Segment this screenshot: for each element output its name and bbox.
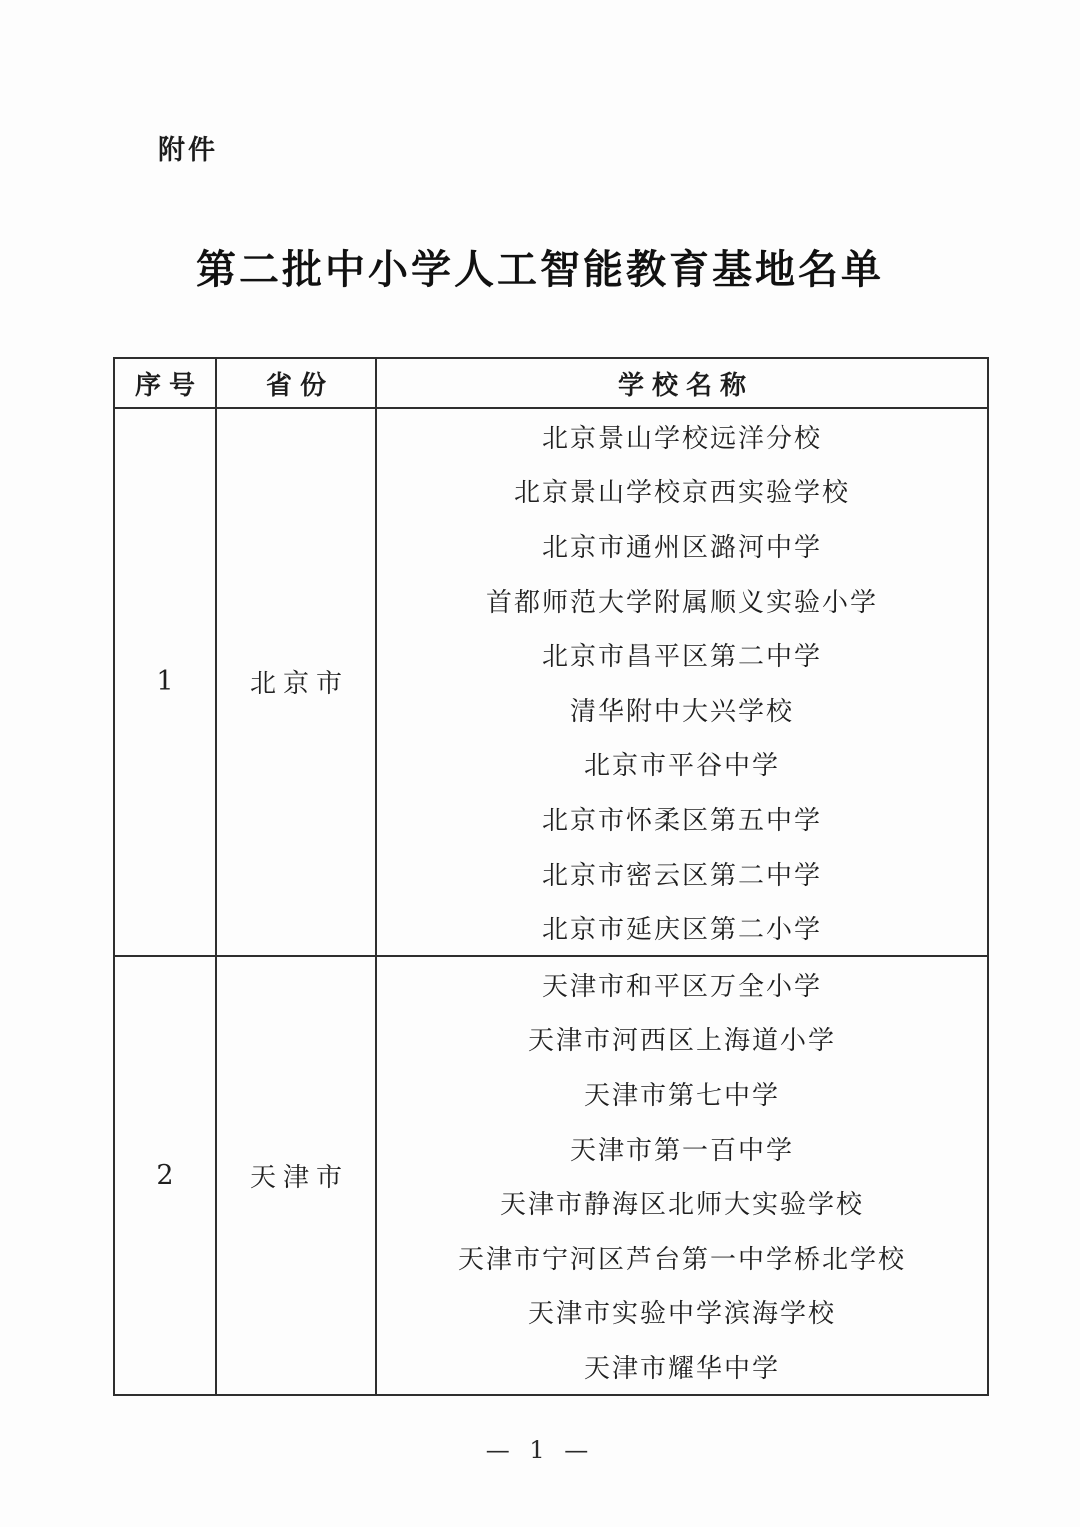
school-name: 清华附中大兴学校 <box>377 682 987 737</box>
sequence-number: 2 <box>114 956 216 1395</box>
schools-table: 序号 省份 学校名称 1北京市北京景山学校远洋分校北京景山学校京西实验学校北京市… <box>113 357 989 1396</box>
school-name: 北京景山学校远洋分校 <box>377 409 987 464</box>
sequence-number: 1 <box>114 408 216 956</box>
document-page: 附件 第二批中小学人工智能教育基地名单 序号 省份 学校名称 1北京市北京景山学… <box>0 0 1080 1527</box>
school-name: 北京市密云区第二中学 <box>377 846 987 901</box>
column-header-seq: 序号 <box>114 358 216 408</box>
column-header-school-name: 学校名称 <box>376 358 988 408</box>
page-number: — 1 — <box>0 1436 1080 1464</box>
school-name: 天津市河西区上海道小学 <box>377 1012 987 1067</box>
school-name: 天津市实验中学滨海学校 <box>377 1285 987 1340</box>
school-name: 天津市宁河区芦台第一中学桥北学校 <box>377 1230 987 1285</box>
school-name: 首都师范大学附属顺义实验小学 <box>377 573 987 628</box>
table-body: 1北京市北京景山学校远洋分校北京景山学校京西实验学校北京市通州区潞河中学首都师范… <box>114 408 988 1395</box>
schools-cell: 天津市和平区万全小学天津市河西区上海道小学天津市第七中学天津市第一百中学天津市静… <box>376 956 988 1395</box>
school-name: 天津市静海区北师大实验学校 <box>377 1175 987 1230</box>
school-name: 北京市通州区潞河中学 <box>377 518 987 573</box>
schools-cell: 北京景山学校远洋分校北京景山学校京西实验学校北京市通州区潞河中学首都师范大学附属… <box>376 408 988 956</box>
table-header-row: 序号 省份 学校名称 <box>114 358 988 408</box>
school-name: 北京市昌平区第二中学 <box>377 627 987 682</box>
school-name: 北京市怀柔区第五中学 <box>377 791 987 846</box>
column-header-province: 省份 <box>216 358 376 408</box>
school-name: 天津市第七中学 <box>377 1066 987 1121</box>
school-name: 天津市耀华中学 <box>377 1339 987 1394</box>
table-header: 序号 省份 学校名称 <box>114 358 988 408</box>
school-name: 天津市第一百中学 <box>377 1121 987 1176</box>
province-name: 北京市 <box>216 408 376 956</box>
page-title: 第二批中小学人工智能教育基地名单 <box>0 238 1080 295</box>
province-name: 天津市 <box>216 956 376 1395</box>
table-row: 2天津市天津市和平区万全小学天津市河西区上海道小学天津市第七中学天津市第一百中学… <box>114 956 988 1395</box>
attachment-label: 附件 <box>158 128 218 167</box>
school-name: 北京市延庆区第二小学 <box>377 900 987 955</box>
table-row: 1北京市北京景山学校远洋分校北京景山学校京西实验学校北京市通州区潞河中学首都师范… <box>114 408 988 956</box>
school-name: 北京市平谷中学 <box>377 737 987 792</box>
school-name: 天津市和平区万全小学 <box>377 957 987 1012</box>
school-name: 北京景山学校京西实验学校 <box>377 464 987 519</box>
